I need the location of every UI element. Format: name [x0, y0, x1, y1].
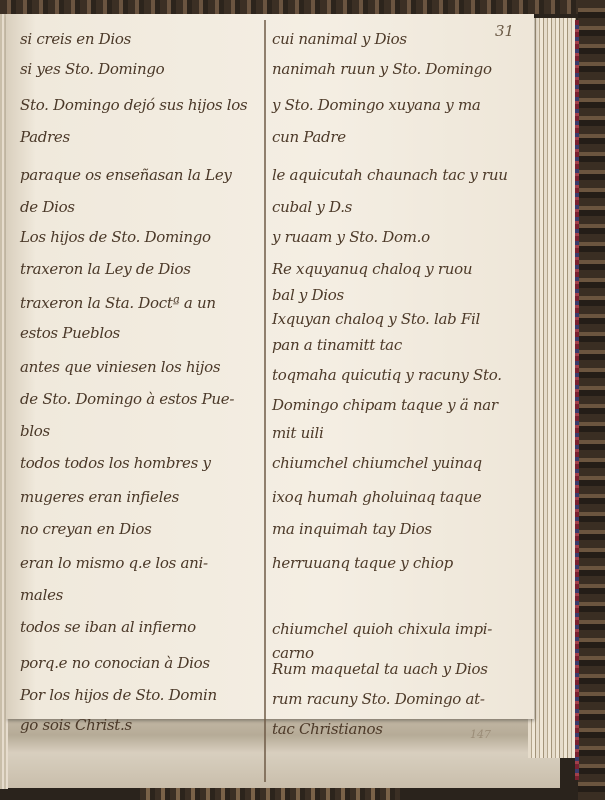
- manuscript-line: antes que viniesen los hijos: [20, 358, 220, 376]
- manuscript-line: pan a tinamitt tac: [272, 336, 402, 354]
- manuscript-line: Por los hijos de Sto. Domin: [20, 686, 217, 704]
- manuscript-line: bal y Dios: [272, 286, 344, 304]
- manuscript-line: Re xquyanuq chaloq y ruou: [272, 260, 472, 278]
- manuscript-line: cui nanimal y Dios: [272, 30, 407, 48]
- manuscript-line: Los hijos de Sto. Domingo: [20, 228, 211, 246]
- marbled-edge: [575, 20, 579, 780]
- book-cover-right: [578, 0, 605, 800]
- manuscript-line: toqmaha quicutiq y racuny Sto.: [272, 366, 502, 384]
- manuscript-line: todos todos los hombres y: [20, 454, 211, 472]
- manuscript-line: nanimah ruun y Sto. Domingo: [272, 60, 492, 78]
- right-page-edges: [528, 18, 576, 758]
- manuscript-line: traxeron la Ley de Dios: [20, 260, 191, 278]
- manuscript-line: tac Christianos: [272, 720, 383, 738]
- manuscript-line: blos: [20, 422, 50, 440]
- manuscript-line: cun Padre: [272, 128, 346, 146]
- manuscript-line: mit uili: [272, 424, 323, 442]
- manuscript-line: de Dios: [20, 198, 75, 216]
- book-cover-top: [0, 0, 605, 14]
- folio-number: 31: [495, 22, 514, 40]
- manuscript-line: Sto. Domingo dejó sus hijos los: [20, 96, 247, 114]
- manuscript-line: si creis en Dios: [20, 30, 131, 48]
- manuscript-line: ixoq humah gholuinaq taque: [272, 488, 481, 506]
- manuscript-line: no creyan en Dios: [20, 520, 152, 538]
- column-divider: [264, 20, 266, 782]
- manuscript-line: Ixquyan chaloq y Sto. lab Fil: [272, 310, 480, 328]
- manuscript-line: estos Pueblos: [20, 324, 120, 342]
- manuscript-line: eran lo mismo q.e los ani-: [20, 554, 208, 572]
- manuscript-line: males: [20, 586, 63, 604]
- manuscript-line: de Sto. Domingo à estos Pue-: [20, 390, 234, 408]
- manuscript-line: Domingo chipam taque y ä nar: [272, 396, 498, 414]
- manuscript-line: herruuanq taque y chiop: [272, 554, 453, 572]
- manuscript-line: chiumchel quioh chixula impi-: [272, 620, 492, 638]
- manuscript-line: cubal y D.s: [272, 198, 352, 216]
- bottom-note: 147: [470, 728, 491, 741]
- manuscript-line: paraque os enseñasan la Ley: [20, 166, 232, 184]
- manuscript-line: traxeron la Sta. Doctª a un: [20, 294, 216, 312]
- manuscript-line: ma inquimah tay Dios: [272, 520, 432, 538]
- manuscript-line: go sois Christ.s: [20, 716, 132, 734]
- manuscript-line: y ruaam y Sto. Dom.o: [272, 228, 430, 246]
- manuscript-line: Padres: [20, 128, 70, 146]
- manuscript-line: porq.e no conocian à Dios: [20, 654, 210, 672]
- manuscript-line: chiumchel chiumchel yuinaq: [272, 454, 482, 472]
- manuscript-line: si yes Sto. Domingo: [20, 60, 164, 78]
- manuscript-line: le aquicutah chaunach tac y ruu: [272, 166, 508, 184]
- manuscript-line: Rum maquetal ta uach y Dios: [272, 660, 488, 678]
- manuscript-line: y Sto. Domingo xuyana y ma: [272, 96, 481, 114]
- manuscript-line: todos se iban al infierno: [20, 618, 196, 636]
- manuscript-line: mugeres eran infieles: [20, 488, 179, 506]
- manuscript-line: rum racuny Sto. Domingo at-: [272, 690, 485, 708]
